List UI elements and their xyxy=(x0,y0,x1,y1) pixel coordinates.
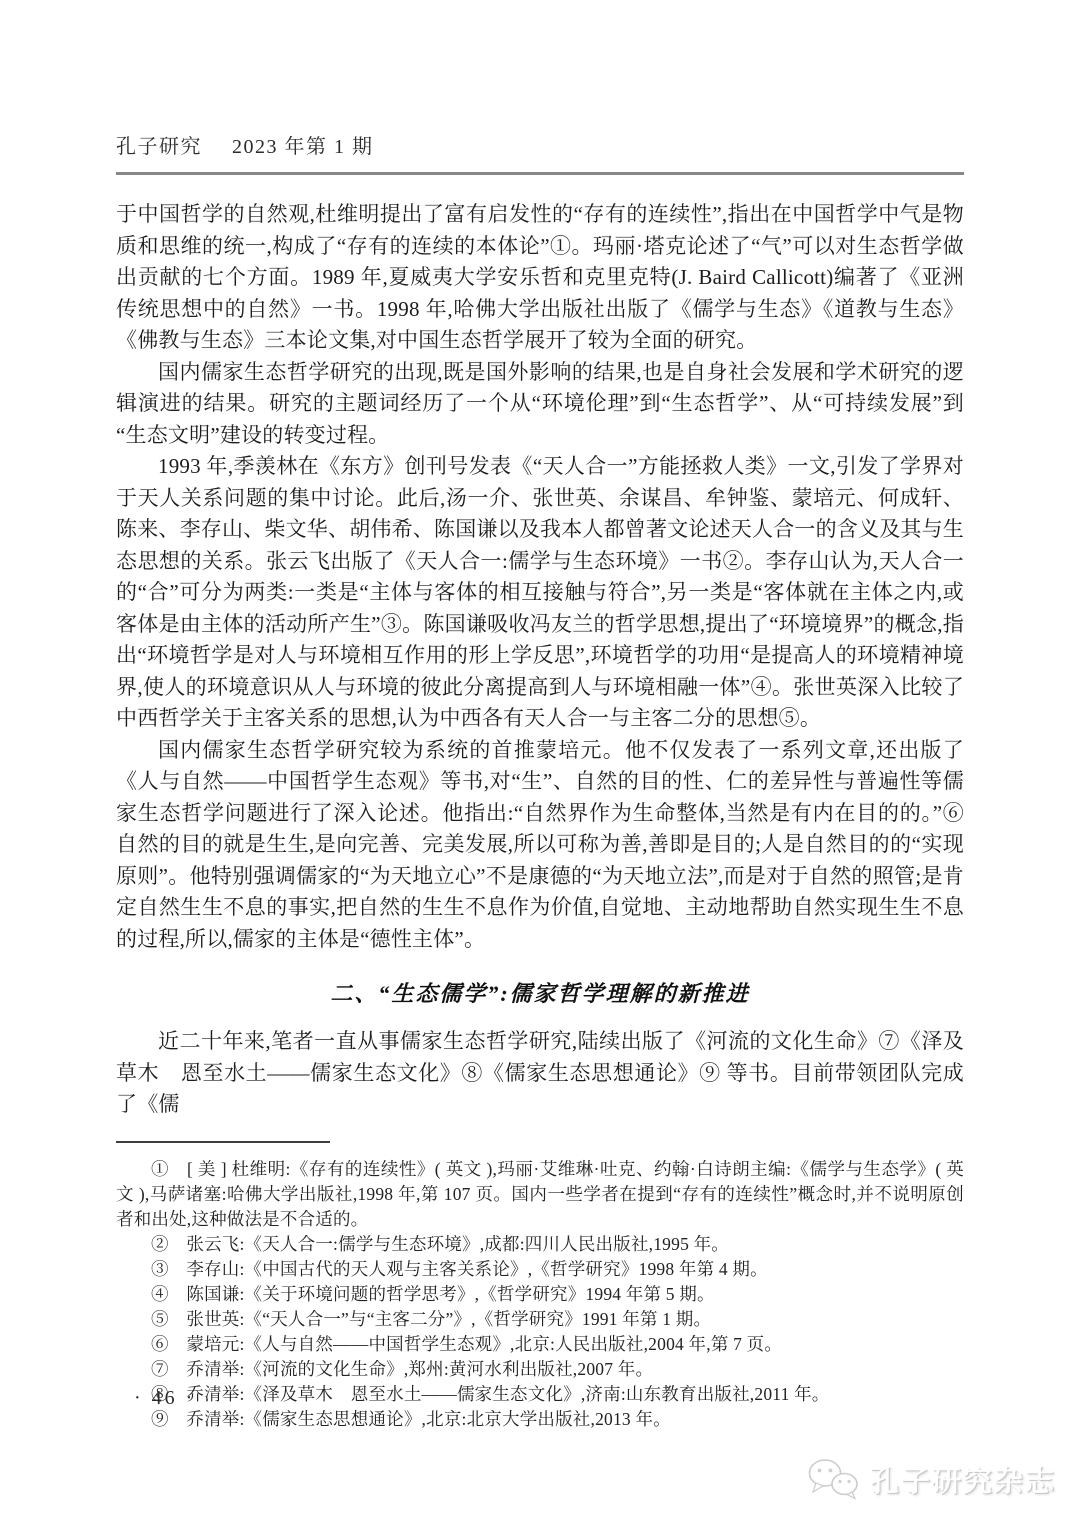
journal-watermark: 孔子研究杂志 xyxy=(806,1458,1056,1500)
page-header: 孔子研究2023 年第 1 期 xyxy=(116,130,964,159)
journal-title: 孔子研究 xyxy=(116,136,202,158)
journal-issue: 2023 年第 1 期 xyxy=(232,136,374,158)
footnote-item: ⑧ 乔清举:《泽及草木 恩至水土——儒家生态文化》,济南:山东教育出版社,201… xyxy=(116,1382,964,1407)
footnote-item: ⑨ 乔清举:《儒家生态思想通论》,北京:北京大学出版社,2013 年。 xyxy=(116,1407,964,1432)
footnote-item: ① [ 美 ] 杜维明:《存有的连续性》( 英文 ),玛丽·艾维琳·吐克、约翰·… xyxy=(116,1157,964,1232)
body-paragraph: 1993 年,季羡林在《东方》创刊号发表《“天人合一”方能拯救人类》一文,引发了… xyxy=(116,451,964,735)
article-body: 于中国哲学的自然观,杜维明提出了富有启发性的“存有的连续性”,指出在中国哲学中气… xyxy=(116,199,964,1121)
journal-page: 孔子研究2023 年第 1 期 于中国哲学的自然观,杜维明提出了富有启发性的“存… xyxy=(0,0,1080,1527)
watermark-text: 孔子研究杂志 xyxy=(870,1459,1056,1500)
section-heading: 二、“生态儒学”:儒家哲学理解的新推进 xyxy=(116,977,964,1008)
footnote-divider xyxy=(116,1141,330,1143)
footnote-item: ③ 李存山:《中国古代的天人观与主客关系论》,《哲学研究》1998 年第 4 期… xyxy=(116,1257,964,1282)
footnote-item: ② 张云飞:《天人合一:儒学与生态环境》,成都:四川人民出版社,1995 年。 xyxy=(116,1232,964,1257)
body-paragraph: 近二十年来,笔者一直从事儒家生态哲学研究,陆续出版了《河流的文化生命》⑦《泽及草… xyxy=(116,1026,964,1121)
footnotes-section: ① [ 美 ] 杜维明:《存有的连续性》( 英文 ),玛丽·艾维琳·吐克、约翰·… xyxy=(116,1141,964,1432)
footnote-item: ④ 陈国谦:《关于环境问题的哲学思考》,《哲学研究》1994 年第 5 期。 xyxy=(116,1282,964,1307)
wechat-icon xyxy=(806,1458,862,1500)
header-rule xyxy=(116,172,964,175)
footnote-item: ⑥ 蒙培元:《人与自然——中国哲学生态观》,北京:人民出版社,2004 年,第 … xyxy=(116,1332,964,1357)
body-paragraph: 国内儒家生态哲学研究的出现,既是国外影响的结果,也是自身社会发展和学术研究的逻辑… xyxy=(116,357,964,452)
footnote-item: ⑦ 乔清举:《河流的文化生命》,郑州:黄河水利出版社,2007 年。 xyxy=(116,1357,964,1382)
page-number: · 46 · xyxy=(134,1387,195,1410)
body-paragraph: 于中国哲学的自然观,杜维明提出了富有启发性的“存有的连续性”,指出在中国哲学中气… xyxy=(116,199,964,357)
footnote-item: ⑤ 张世英:《“天人合一”与“主客二分”》,《哲学研究》1991 年第 1 期。 xyxy=(116,1307,964,1332)
body-paragraph: 国内儒家生态哲学研究较为系统的首推蒙培元。他不仅发表了一系列文章,还出版了《人与… xyxy=(116,735,964,956)
page-content: 孔子研究2023 年第 1 期 于中国哲学的自然观,杜维明提出了富有启发性的“存… xyxy=(116,130,964,1432)
